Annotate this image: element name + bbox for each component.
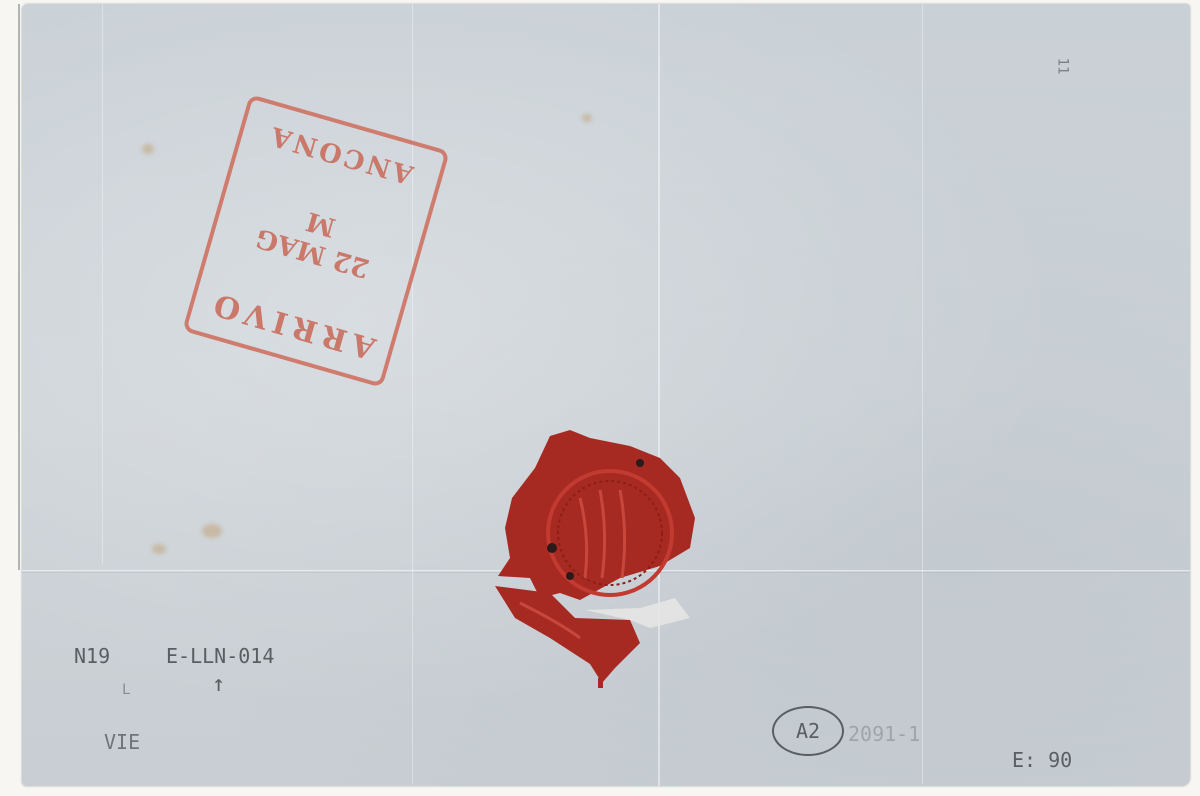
note-mid: L <box>122 682 130 698</box>
stain <box>202 524 222 538</box>
flap-edge <box>18 4 26 570</box>
crease <box>102 4 103 564</box>
circled-code: A2 <box>772 706 844 756</box>
catalog-code: E-LLN-014 <box>166 644 274 668</box>
note-short: VIE <box>104 730 140 754</box>
arrow-up-icon: ↑ <box>212 672 225 697</box>
wax-seal <box>490 428 695 688</box>
circled-code-text: A2 <box>796 719 820 743</box>
stain <box>142 144 154 154</box>
faint-text: 2091-1 <box>848 722 920 746</box>
corner-mark: 11 <box>1054 58 1070 75</box>
price: E: 90 <box>1012 748 1072 772</box>
stain <box>582 114 592 122</box>
crease <box>922 4 923 784</box>
crease <box>412 4 413 784</box>
ref-number: N19 <box>74 644 110 668</box>
stain <box>152 544 166 554</box>
